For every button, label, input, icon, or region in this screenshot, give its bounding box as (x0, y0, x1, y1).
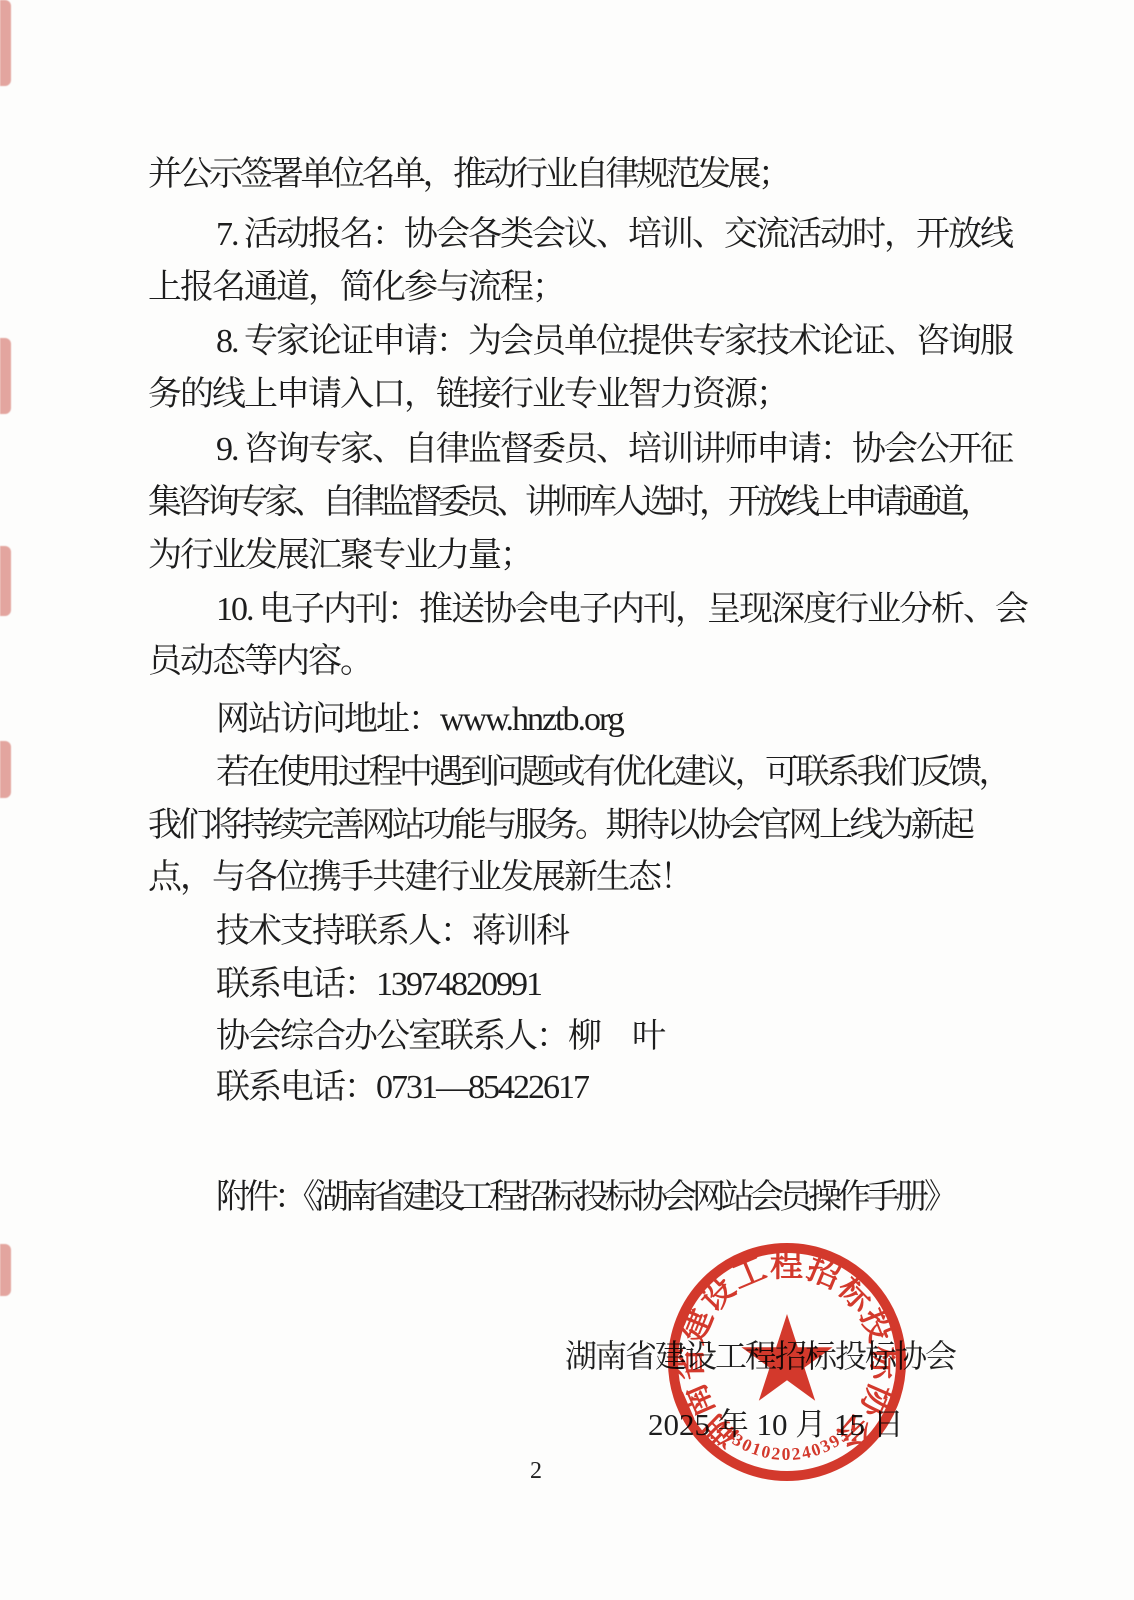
body-line: 员动态等内容。 (148, 642, 372, 681)
body-line: 为行业发展汇聚专业力量； (148, 536, 532, 575)
body-line: 并公示签署单位名单，推动行业自律规范发展； (148, 155, 789, 194)
red-edge-mark (0, 741, 11, 798)
body-line website-url-line: 网站访问地址：www.hnztb.org (216, 700, 623, 739)
body-line tech-contact-line: 技术支持联系人：蒋训科 (216, 912, 568, 951)
body-line: 10. 电子内刊：推送协会电子内刊，呈现深度行业分析、会 (216, 590, 1027, 629)
attachment-line: 附件：《湖南省建设工程招标投标协会网站会员操作手册》 (216, 1178, 953, 1217)
body-line office-phone-line: 联系电话：0731—85422617 (216, 1068, 588, 1107)
official-seal: 湖南省建设工程招标投标协会 4301020240393 (655, 1230, 919, 1494)
body-line tech-phone-line: 联系电话：13974820991 (216, 965, 541, 1004)
body-line: 7. 活动报名：协会各类会议、培训、交流活动时，开放线 (216, 215, 1012, 254)
body-line office-contact-line: 协会综合办公室联系人：柳 叶 (216, 1017, 664, 1056)
body-line: 点，与各位携手共建行业发展新生态！ (148, 858, 692, 897)
seal-code-text: 4301020240393 (720, 1424, 853, 1464)
red-edge-mark (0, 1244, 11, 1296)
document-page: 并公示签署单位名单，推动行业自律规范发展； 7. 活动报名：协会各类会议、培训、… (0, 0, 1134, 1600)
page-number: 2 (530, 1458, 542, 1485)
body-line: 若在使用过程中遇到问题或有优化建议，可联系我们反馈， (216, 753, 1009, 792)
body-line: 上报名通道，简化参与流程； (148, 268, 564, 307)
red-edge-mark (0, 338, 11, 414)
red-edge-mark (0, 0, 11, 86)
red-edge-mark (0, 546, 11, 616)
body-line: 9. 咨询专家、自律监督委员、培训讲师申请：协会公开征 (216, 430, 1012, 469)
body-line: 8. 专家论证申请：为会员单位提供专家技术论证、咨询服 (216, 322, 1012, 361)
svg-text:4301020240393: 4301020240393 (720, 1424, 853, 1464)
body-line: 务的线上申请入口，链接行业专业智力资源； (148, 375, 788, 414)
body-line: 集咨询专家、自律监督委员、讲师库人选时，开放线上申请通道， (148, 483, 989, 522)
star-icon (741, 1314, 832, 1401)
body-line: 我们将持续完善网站功能与服务。期待以协会官网上线为新起 (148, 806, 972, 845)
